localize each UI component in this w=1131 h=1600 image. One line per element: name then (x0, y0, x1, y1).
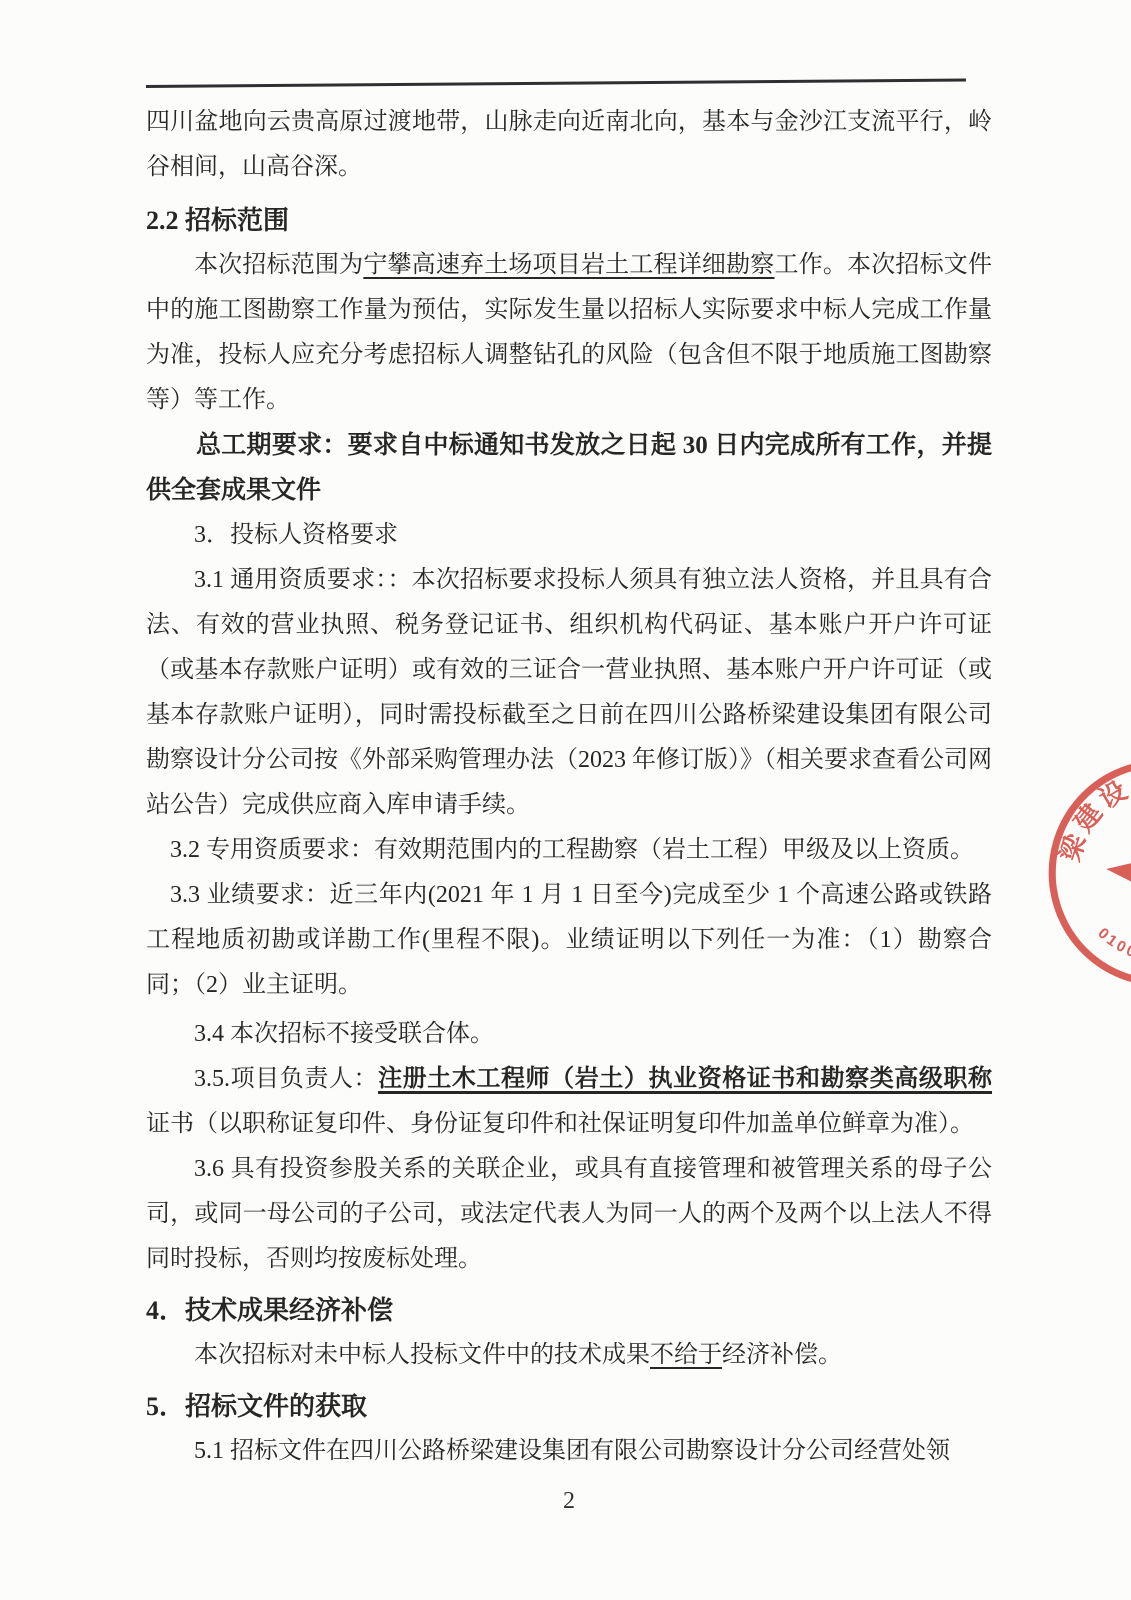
section-heading: 5．招标文件的获取 (146, 1384, 992, 1429)
page-number: 2 (563, 1488, 575, 1514)
paragraph: 本次招标对未中标人投标文件中的技术成果不给于经济补偿。 (146, 1333, 992, 1378)
paragraph: 3.2 专用资质要求：有效期范围内的工程勘察（岩土工程）甲级及以上资质。 (146, 828, 992, 873)
text-run: 2.2 招标范围 (146, 206, 289, 235)
text-run: 总工期要求：要求自中标通知书发放之日起 30 日内完成所有工作，并提供全套成果文… (146, 432, 992, 504)
header-rule (146, 79, 966, 88)
text-run: 5．招标文件的获取 (146, 1392, 367, 1421)
text-run: 3.3 业绩要求：近三年内(2021 年 1 月 1 日至今)完成至少 1 个高… (146, 882, 992, 998)
text-run: 3.1 通用资质要求：：本次招标要求投标人须具有独立法人资格，并且具有合法、有效… (146, 567, 992, 818)
text-run: 3.5.项目负责人： (194, 1066, 378, 1092)
paragraph: 总工期要求：要求自中标通知书发放之日起 30 日内完成所有工作，并提供全套成果文… (146, 423, 992, 513)
paragraph: 3.4 本次招标不接受联合体。 (146, 1012, 992, 1057)
paragraph: 3．投标人资格要求 (146, 513, 992, 558)
paragraph: 四川盆地向云贵高原过渡地带，山脉走向近南北向，基本与金沙江支流平行，岭谷相间，山… (146, 100, 992, 190)
paragraph: 5.1 招标文件在四川公路桥梁建设集团有限公司勘察设计分公司经营处领 (146, 1429, 992, 1474)
text-run: 经济补偿。 (722, 1342, 842, 1368)
underlined-text: 不给于 (650, 1342, 722, 1368)
text-run: 证书（以职称证复印件、身份证复印件和社保证明复印件加盖单位鲜章为准）。 (146, 1111, 974, 1137)
document-page: 四川盆地向云贵高原过渡地带，山脉走向近南北向，基本与金沙江支流平行，岭谷相间，山… (0, 0, 1131, 1600)
page-footer: 2 (146, 1488, 992, 1515)
official-seal-stamp: 梁建设集 01008 (1028, 739, 1131, 1007)
text-run: 3．投标人资格要求 (194, 522, 398, 548)
seal-graphic: 梁建设集 01008 (1028, 739, 1131, 1007)
text-run: 4．技术成果经济补偿 (146, 1296, 393, 1325)
text-run: 本次招标对未中标人投标文件中的技术成果 (194, 1342, 650, 1368)
paragraph: 3.6 具有投资参股关系的关联企业，或具有直接管理和被管理关系的母子公司，或同一… (146, 1147, 992, 1282)
seal-arc-text: 梁建设集 (1047, 764, 1131, 867)
paragraph: 3.1 通用资质要求：：本次招标要求投标人须具有独立法人资格，并且具有合法、有效… (146, 558, 992, 828)
underlined-text: 注册土木工程师（岩土）执业资格证书和勘察类高级职称 (378, 1066, 992, 1092)
section-heading: 2.2 招标范围 (146, 198, 992, 243)
svg-text:梁建设集: 梁建设集 (1047, 764, 1131, 867)
text-run: 5.1 招标文件在四川公路桥梁建设集团有限公司勘察设计分公司经营处领 (194, 1438, 950, 1464)
text-run: 3.4 本次招标不接受联合体。 (194, 1021, 494, 1047)
text-run: 本次招标范围为 (194, 252, 363, 278)
paragraph: 3.5.项目负责人：注册土木工程师（岩土）执业资格证书和勘察类高级职称证书（以职… (146, 1057, 992, 1147)
text-run: 3.6 具有投资参股关系的关联企业，或具有直接管理和被管理关系的母子公司，或同一… (146, 1156, 992, 1272)
underlined-text: 宁攀高速弃土场项目岩土工程详细勘察 (363, 252, 774, 278)
text-run: 四川盆地向云贵高原过渡地带，山脉走向近南北向，基本与金沙江支流平行，岭谷相间，山… (146, 109, 992, 180)
paragraph: 本次招标范围为宁攀高速弃土场项目岩土工程详细勘察工作。本次招标文件中的施工图勘察… (146, 243, 992, 423)
document-body: 四川盆地向云贵高原过渡地带，山脉走向近南北向，基本与金沙江支流平行，岭谷相间，山… (146, 100, 992, 1474)
paragraph: 3.3 业绩要求：近三年内(2021 年 1 月 1 日至今)完成至少 1 个高… (146, 873, 992, 1008)
seal-star-icon (1101, 813, 1131, 928)
section-heading: 4．技术成果经济补偿 (146, 1288, 992, 1333)
text-run: 3.2 专用资质要求：有效期范围内的工程勘察（岩土工程）甲级及以上资质。 (170, 837, 974, 863)
